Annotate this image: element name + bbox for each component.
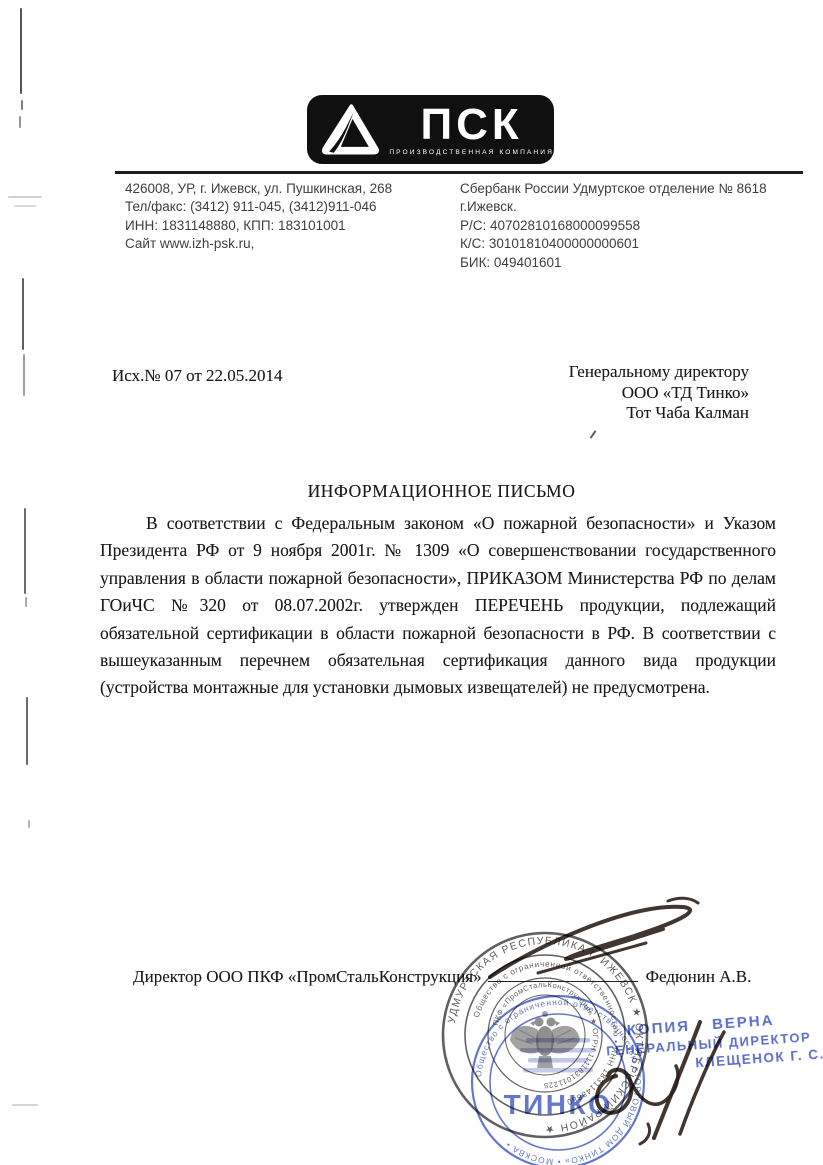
scan-artifact bbox=[22, 278, 24, 350]
bank-corr-account: К/С: 30101810400000000601 bbox=[460, 235, 767, 253]
copy-signature-scrawl bbox=[588, 1014, 738, 1146]
bank-name: Сбербанк России Удмуртское отделение № 8… bbox=[460, 180, 767, 198]
tinko-illegible-lines bbox=[520, 1038, 596, 1073]
scan-artifact bbox=[19, 116, 21, 128]
signer-position: Директор ООО ПКФ «ПромСтальКонструкция» bbox=[133, 967, 482, 987]
company-address: 426008, УР, г. Ижевск, ул. Пушкинская, 2… bbox=[125, 180, 392, 198]
scan-artifact bbox=[24, 508, 26, 594]
company-website: Сайт www.izh-psk.ru, bbox=[125, 235, 392, 253]
logo-subtitle-text: ПРОИЗВОДСТВЕННАЯ КОМПАНИЯ bbox=[389, 149, 554, 156]
scan-artifact bbox=[8, 196, 42, 198]
pen-tick-mark bbox=[590, 430, 597, 439]
scanned-letter-page: ПСК ПРОИЗВОДСТВЕННАЯ КОМПАНИЯ 426008, УР… bbox=[0, 0, 823, 1165]
addressee-name: Тот Чаба Калман bbox=[569, 403, 749, 424]
header-divider bbox=[115, 171, 803, 174]
bank-account: Р/С: 40702810168000099558 bbox=[460, 217, 767, 235]
letter-title: ИНФОРМАЦИОННОЕ ПИСЬМО bbox=[60, 481, 823, 502]
scan-artifact bbox=[12, 1104, 38, 1106]
logo-brand-text: ПСК bbox=[421, 104, 523, 146]
company-contact-block: 426008, УР, г. Ижевск, ул. Пушкинская, 2… bbox=[125, 180, 392, 254]
company-phone: Тел/факс: (3412) 911-045, (3412)911-046 bbox=[125, 198, 392, 216]
scan-artifact bbox=[28, 820, 30, 828]
bank-details-block: Сбербанк России Удмуртское отделение № 8… bbox=[460, 180, 767, 272]
scan-artifact bbox=[14, 205, 36, 207]
bank-bik: БИК: 049401601 bbox=[460, 254, 767, 272]
letter-body: В соответствии с Федеральным законом «О … bbox=[100, 510, 776, 702]
scan-artifact bbox=[20, 8, 22, 94]
psk-logo: ПСК ПРОИЗВОДСТВЕННАЯ КОМПАНИЯ bbox=[307, 95, 554, 164]
company-inn-kpp: ИНН: 1831148880, КПП: 183101001 bbox=[125, 217, 392, 235]
addressee-position: Генеральному директору bbox=[569, 362, 749, 383]
scan-artifact bbox=[26, 697, 28, 765]
psk-triangle-icon bbox=[321, 102, 379, 158]
scan-artifact bbox=[23, 354, 25, 396]
addressee-block: Генеральному директору ООО «ТД Тинко» То… bbox=[569, 362, 749, 424]
director-signature-scrawl bbox=[478, 893, 708, 995]
addressee-company: ООО «ТД Тинко» bbox=[569, 383, 749, 404]
scan-artifact bbox=[21, 100, 23, 110]
scan-artifact bbox=[25, 597, 27, 607]
bank-city: г.Ижевск. bbox=[460, 198, 767, 216]
outgoing-reference: Исх.№ 07 от 22.05.2014 bbox=[112, 366, 283, 386]
